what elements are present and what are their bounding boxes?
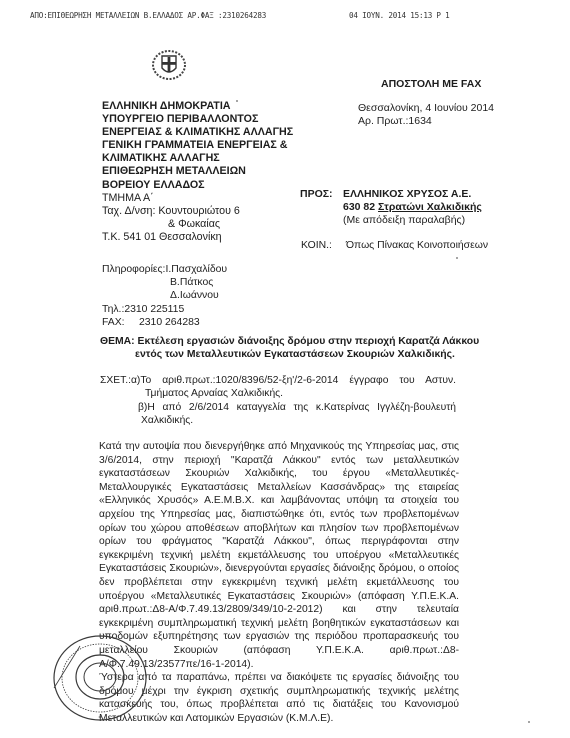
body-line: δρόμου μέχρι την έγκριση σχετικής συμπλη…: [99, 685, 459, 699]
protocol-number: Αρ. Πρωτ.:1634: [358, 115, 494, 128]
body-line: Εγκαταστάσεις Σκουριών», διενεργούνται ε…: [99, 562, 459, 576]
sender-line: ΕΝΕΡΓΕΙΑΣ & ΚΛΙΜΑΤΙΚΗΣ ΑΛΛΑΓΗΣ: [102, 126, 293, 139]
reference-line: ΣΧΕΤ.:α)Το αριθ.πρωτ.:1020/8396/52-ξη'/2…: [100, 374, 456, 387]
recipient-label: ΠΡΟΣ:: [300, 188, 343, 201]
sender-line: ΕΠΙΘΕΩΡΗΣΗ ΜΕΤΑΛΛΕΙΩΝ: [102, 165, 293, 178]
subject-line: ΘΕΜΑ: Εκτέλεση εργασιών διάνοιξης δρόμου…: [100, 335, 490, 348]
contact-person: Β.Πάτκος: [102, 276, 227, 289]
fax-sender-line: ΑΠΟ:ΕΠΙΘΕΩΡΗΣΗ ΜΕΤΑΛΛΕΙΩΝ Β.ΕΛΛΑΔΟΣ ΑΡ.Φ…: [30, 11, 266, 20]
document-date: Θεσσαλονίκη, 4 Ιουνίου 2014: [358, 102, 494, 115]
address-line: & Φωκαίας: [102, 218, 293, 231]
body-line: «Ελληνικός Χρυσός» Α.Ε.Μ.Β.Χ. και λαμβάν…: [99, 494, 459, 508]
phone: Τηλ.:2310 225115: [102, 303, 227, 316]
sender-line: ΥΠΟΥΡΓΕΙΟ ΠΕΡΙΒΑΛΛΟΝΤΟΣ: [102, 113, 293, 126]
body-line: αριθ.πρωτ.:Δ8-Α/Φ.7.49.13/2809/349/10-2-…: [99, 603, 459, 617]
body-line: εγκεκριμένη συμπληρωματική τεχνική μελέτ…: [99, 617, 459, 631]
body-line: Κατά την αυτοψία που διενεργήθηκε από Μη…: [99, 440, 459, 454]
info-label: Πληροφορίες:: [102, 264, 165, 275]
body-line: υποδομών εξυπηρέτησης των εργασιών της π…: [99, 630, 459, 644]
sender-line: ΚΛΙΜΑΤΙΚΗΣ ΑΛΛΑΓΗΣ: [102, 152, 293, 165]
fax-label: FAX:: [102, 316, 139, 329]
body-line: δεν προβλέπεται στην εγκεκριμένη τεχνική…: [99, 576, 459, 590]
contact-block: Πληροφορίες:Ι.Πασχαλίδου Β.Πάτκος Δ.Ιωάν…: [102, 263, 227, 329]
body-line: εγκαταστάσεων Σκουριών Χαλκιδικής, του έ…: [99, 467, 459, 481]
recipient-place: Στρατώνι Χαλκιδικής: [378, 201, 482, 213]
cc-label: ΚΟΙΝ.:: [301, 240, 346, 251]
department: ΤΜΗΜΑ Α΄: [102, 192, 293, 205]
official-seal-stamp-icon: *: [50, 628, 150, 724]
body-text: Κατά την αυτοψία που διενεργήθηκε από Μη…: [99, 440, 459, 725]
sender-line: ΓΕΝΙΚΗ ΓΡΑΜΜΑΤΕΙΑ ΕΝΕΡΓΕΙΑΣ &: [102, 139, 293, 152]
body-line: κατασκευής του, όπως προβλέπεται από τις…: [99, 698, 459, 712]
cc-block: ΚΟΙΝ.:Όπως Πίνακας Κοινοποιήσεων: [301, 240, 488, 251]
references: ΣΧΕΤ.:α)Το αριθ.πρωτ.:1020/8396/52-ξη'/2…: [100, 374, 456, 427]
date-block: Θεσσαλονίκη, 4 Ιουνίου 2014 Αρ. Πρωτ.:16…: [358, 102, 494, 128]
fax-timestamp-line: 04 ΙΟΥΝ. 2014 15:13 P 1: [349, 11, 450, 20]
cc-value: Όπως Πίνακας Κοινοποιήσεων: [346, 240, 488, 251]
reference-line: β)Η από 2/6/2014 καταγγελία της κ.Κατερί…: [100, 401, 456, 414]
body-line: 3/6/2014, στην περιοχή "Καρατζά Λάκκου" …: [99, 454, 459, 468]
body-line: ορίων του χώρου αποθέσεων αποβλήτων και …: [99, 522, 459, 536]
body-line: Α/Φ.7.49.13/23577πε/16-1-2014).: [99, 658, 459, 672]
recipient-name: ΕΛΛΗΝΙΚΟΣ ΧΡΥΣΟΣ Α.Ε.: [343, 188, 471, 200]
body-line: Μεταλλευτικών και Λατομικών Εργασιών (Κ.…: [99, 712, 459, 726]
body-line: μεταλλείου Σκουριών (απόφαση Υ.Π.Ε.Κ.Α. …: [99, 644, 459, 658]
contact-person: Ι.Πασχαλίδου: [165, 264, 227, 275]
contact-person: Δ.Ιωάννου: [102, 289, 227, 302]
body-line: υποέργου «Μεταλλευτικές Εγκαταστάσεις Σκ…: [99, 590, 459, 604]
subject-line: εντός των Μεταλλευτικών Εγκαταστάσεων Σκ…: [100, 348, 490, 361]
reference-line: Τμήματος Αρναίας Χαλκιδικής.: [100, 387, 456, 400]
body-line: ορίων του φράγματος "Καρατζά Λάκκου", όπ…: [99, 535, 459, 549]
fax-notice: ΑΠΟΣΤΟΛΗ ΜΕ FAX: [381, 78, 481, 90]
subject: ΘΕΜΑ: Εκτέλεση εργασιών διάνοιξης δρόμου…: [100, 335, 490, 362]
postal-address: Τ.Κ. 541 01 Θεσσαλονίκη: [102, 231, 293, 244]
sender-line: ΕΛΛΗΝΙΚΗ ΔΗΜΟΚΡΑΤΙΑ: [102, 100, 293, 113]
sender-line: ΒΟΡΕΙΟΥ ΕΛΛΑΔΟΣ: [102, 179, 293, 192]
sender-block: ΕΛΛΗΝΙΚΗ ΔΗΜΟΚΡΑΤΙΑ ΥΠΟΥΡΓΕΙΟ ΠΕΡΙΒΑΛΛΟΝ…: [102, 100, 293, 244]
svg-text:*: *: [99, 715, 102, 722]
body-line: Ύστερα από τα παραπάνω, πρέπει να διακόψ…: [99, 671, 459, 685]
body-line: εγκεκριμένη τεχνική μελέτη εκμετάλλευσης…: [99, 549, 459, 563]
fax-number: 2310 264283: [139, 317, 200, 328]
reference-line: Χαλκιδικής.: [100, 414, 456, 427]
recipient-postal-code: 630 82: [343, 201, 375, 213]
body-line: Μεταλλουργικές Εγκαταστάσεις Μεταλλείων …: [99, 481, 459, 495]
address-line: Ταχ. Δ/νση: Κουντουριώτου 6: [102, 205, 293, 218]
greek-coat-of-arms-icon: [150, 48, 188, 82]
recipient-block: ΠΡΟΣ:ΕΛΛΗΝΙΚΟΣ ΧΡΥΣΟΣ Α.Ε. 630 82 Στρατώ…: [300, 188, 482, 227]
recipient-note: (Με απόδειξη παραλαβής): [300, 214, 482, 227]
body-line: αρχείου της Υπηρεσίας μας, διαπιστώθηκε …: [99, 508, 459, 522]
